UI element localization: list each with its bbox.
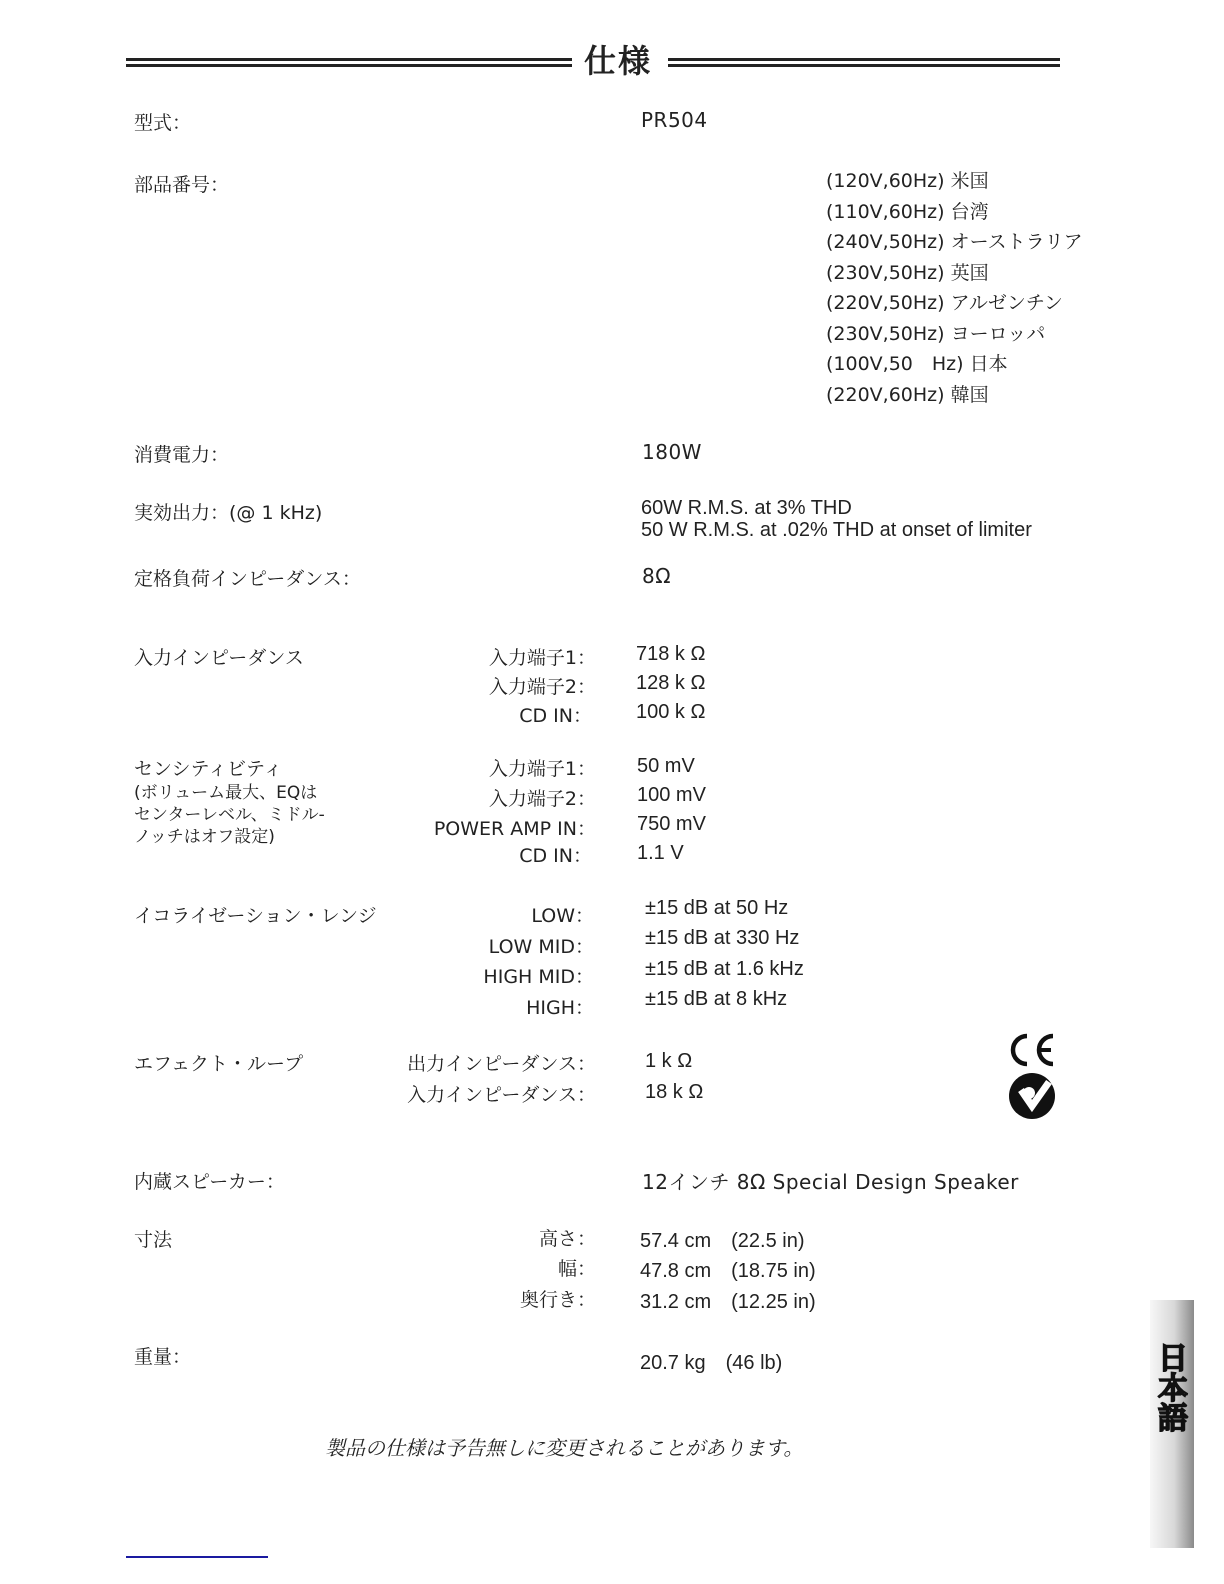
dimension-value: 31.2 cm (12.25 in) xyxy=(640,1285,816,1314)
sensitivity-value: 750 mV xyxy=(637,813,706,836)
eq-band-value: ±15 dB at 8 kHz xyxy=(645,988,787,1011)
region-item: (100V,50 Hz) 日本 xyxy=(826,349,1083,380)
region-item: (240V,50Hz) オーストラリア xyxy=(826,227,1083,258)
effect-loop-sub: 出力インピーダンス： xyxy=(407,1049,596,1076)
section-header: 仕様 xyxy=(126,36,1060,84)
header-rule-right xyxy=(668,58,1060,67)
input-impedance-sub: 入力端子1： xyxy=(489,643,596,670)
sensitivity-note: センターレベル、ミドル- xyxy=(134,805,325,825)
dimension-sub: 幅： xyxy=(558,1254,596,1281)
region-item: (220V,60Hz) 韓国 xyxy=(826,380,1083,411)
sensitivity-note: ノッチはオフ設定) xyxy=(134,827,275,847)
region-item: (120V,60Hz) 米国 xyxy=(826,166,1083,197)
page-title: 仕様 xyxy=(584,36,652,82)
weight-value: 20.7 kg (46 lb) xyxy=(640,1346,782,1375)
dimension-value: 57.4 cm (22.5 in) xyxy=(640,1224,805,1253)
effect-loop-sub: 入力インピーダンス： xyxy=(407,1080,596,1107)
eq-range-label: イコライゼーション・レンジ xyxy=(134,901,377,928)
output-label: 実効出力：(@ 1 kHz) xyxy=(134,498,322,525)
sensitivity-label: センシティビティ xyxy=(134,754,283,781)
effect-loop-label: エフェクト・ループ xyxy=(134,1049,303,1076)
region-list: (120V,60Hz) 米国 (110V,60Hz) 台湾 (240V,50Hz… xyxy=(826,166,1083,410)
region-item: (220V,50Hz) アルゼンチン xyxy=(826,288,1083,319)
language-tab-label: 日本語 xyxy=(1150,1342,1194,1432)
dimension-value: 47.8 cm (18.75 in) xyxy=(640,1254,816,1283)
input-impedance-value: 128 k Ω xyxy=(636,672,705,695)
eq-band-sub: LOW MID： xyxy=(489,932,594,959)
rated-load-value: 8Ω xyxy=(642,564,671,588)
part-number-label: 部品番号： xyxy=(134,170,229,197)
eq-band-value: ±15 dB at 330 Hz xyxy=(645,927,799,950)
eq-band-value: ±15 dB at 1.6 kHz xyxy=(645,958,804,981)
effect-loop-value: 18 k Ω xyxy=(645,1081,703,1104)
weight-label: 重量： xyxy=(134,1342,191,1369)
eq-band-sub: HIGH MID： xyxy=(483,962,594,989)
eq-band-value: ±15 dB at 50 Hz xyxy=(645,897,788,920)
region-item: (110V,60Hz) 台湾 xyxy=(826,197,1083,228)
input-impedance-sub: CD IN： xyxy=(519,701,592,728)
model-label: 型式： xyxy=(134,108,191,135)
input-impedance-value: 718 k Ω xyxy=(636,643,705,666)
c-tick-mark-icon xyxy=(1009,1073,1055,1119)
ce-mark-icon xyxy=(1005,1030,1061,1120)
speaker-value: 12インチ 8Ω Special Design Speaker xyxy=(642,1166,1019,1195)
sensitivity-sub: CD IN： xyxy=(519,841,592,868)
sensitivity-value: 1.1 V xyxy=(637,842,684,865)
sensitivity-sub: 入力端子2： xyxy=(489,784,596,811)
region-item: (230V,50Hz) ヨーロッパ xyxy=(826,319,1083,350)
sensitivity-sub: POWER AMP IN： xyxy=(434,814,596,841)
rated-load-label: 定格負荷インピーダンス： xyxy=(134,564,361,591)
bottom-link[interactable] xyxy=(126,1556,268,1558)
speaker-label: 内蔵スピーカー： xyxy=(134,1167,285,1194)
sensitivity-note: (ボリューム最大、EQは xyxy=(134,783,317,803)
input-impedance-sub: 入力端子2： xyxy=(489,672,596,699)
dimension-sub: 奥行き： xyxy=(520,1285,596,1312)
dimensions-label: 寸法 xyxy=(134,1225,172,1252)
power-consumption-value: 180W xyxy=(642,440,702,464)
sensitivity-sub: 入力端子1： xyxy=(489,754,596,781)
header-rule-left xyxy=(126,58,572,67)
sensitivity-value: 50 mV xyxy=(637,755,695,778)
disclaimer-text: 製品の仕様は予告無しに変更されることがあります。 xyxy=(325,1432,803,1461)
eq-band-sub: LOW： xyxy=(531,901,594,928)
output-value-2: 50 W R.M.S. at .02% THD at onset of limi… xyxy=(641,519,1032,541)
input-impedance-value: 100 k Ω xyxy=(636,701,705,724)
sensitivity-value: 100 mV xyxy=(637,784,706,807)
input-impedance-label: 入力インピーダンス xyxy=(134,643,304,670)
output-value-1: 60W R.M.S. at 3% THD xyxy=(641,497,852,519)
certification-marks xyxy=(1005,1030,1065,1124)
power-consumption-label: 消費電力： xyxy=(134,440,229,467)
eq-band-sub: HIGH： xyxy=(526,993,594,1020)
region-item: (230V,50Hz) 英国 xyxy=(826,258,1083,289)
effect-loop-value: 1 k Ω xyxy=(645,1050,692,1073)
dimension-sub: 高さ： xyxy=(539,1224,596,1251)
language-tab[interactable]: 日本語 xyxy=(1150,1300,1194,1548)
model-value: PR504 xyxy=(641,108,708,132)
